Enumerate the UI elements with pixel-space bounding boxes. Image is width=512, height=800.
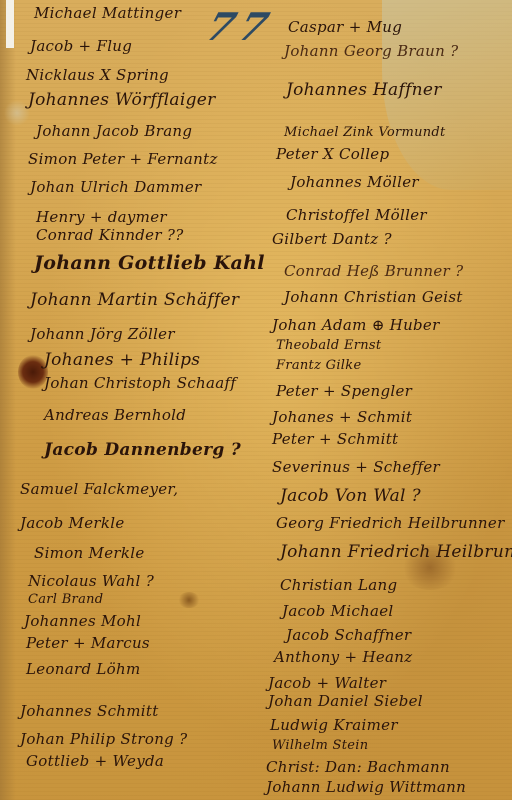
signature: Michael Zink Vormundt [284,125,446,140]
manuscript-page: 77 Michael Mattinger Jacob + Flug Nickla… [0,0,512,800]
signature: Johann Jörg Zöller [30,325,175,343]
signature: Christoffel Möller [286,206,427,224]
signature: Michael Mattinger [34,4,181,22]
signature: Severinus + Scheffer [272,458,440,476]
signature: Simon Peter + Fernantz [28,150,218,168]
signature: Johann Friedrich Heilbrun [280,542,512,562]
signature: Jacob + Flug [30,37,132,55]
signature: Frantz Gilke [276,358,361,373]
signature: Peter + Spengler [276,382,412,400]
signature: Christian Lang [280,576,397,594]
signature: Wilhelm Stein [272,738,368,753]
signature: Jacob Merkle [20,514,125,532]
signature: Johann Christian Geist [284,288,463,306]
signature: Christ: Dan: Bachmann [266,758,450,776]
signature: Jacob + Walter [268,674,386,692]
signature: Leonard Löhm [26,660,141,678]
signature: Anthony + Heanz [274,648,412,666]
signature: Johan Ulrich Dammer [30,178,201,196]
signature: Gilbert Dantz ? [272,230,392,248]
signature: Conrad Kinnder ?? [36,226,184,244]
signature: Nicklaus X Spring [26,66,169,84]
signature: Theobald Ernst [276,338,381,353]
paper-spot [4,100,30,126]
signature: Johannes Möller [290,173,419,191]
signature: Peter X Collep [276,145,389,163]
water-stain [178,592,200,608]
signature: Johann Georg Braun ? [284,42,458,60]
signature: Jacob Schaffner [286,626,411,644]
signature: Johan Philip Strong ? [20,730,187,748]
signature: Jacob Michael [282,602,394,620]
signature: Gottlieb + Weyda [26,752,164,770]
signature: Johanes + Philips [44,350,200,370]
signature: Andreas Bernhold [44,406,186,424]
signature: Georg Friedrich Heilbrunner [276,514,505,532]
signature: Jacob Dannenberg ? [44,440,241,460]
page-number: 77 [201,4,281,49]
signature: Johan Christoph Schaaff [44,374,236,392]
signature: Peter + Schmitt [272,430,398,448]
signature: Caspar + Mug [288,18,402,36]
signature: Carl Brand [28,592,103,607]
signature: Ludwig Kraimer [270,716,398,734]
signature: Johann Gottlieb Kahl [34,252,265,274]
signature: Johannes Schmitt [20,702,159,720]
signature: Henry + daymer [36,208,167,226]
signature: Johannes Wörfflaiger [28,90,216,110]
signature: Johannes Mohl [24,612,141,630]
signature: Jacob Von Wal ? [280,486,421,506]
signature: Peter + Marcus [26,634,150,652]
signature: Samuel Falckmeyer, [20,480,178,498]
signature: Nicolaus Wahl ? [28,572,154,590]
signature: Johan Adam ⊕ Huber [272,316,440,334]
signature: Johanes + Schmit [272,408,412,426]
signature: Johannes Haffner [286,80,442,100]
signature: Conrad Heß Brunner ? [284,262,463,280]
signature: Simon Merkle [34,544,145,562]
signature: Johan Daniel Siebel [268,692,423,710]
signature: Johann Jacob Brang [36,122,192,140]
page-tear [6,0,14,48]
signature: Johann Martin Schäffer [30,290,239,310]
signature: Johann Ludwig Wittmann [266,778,466,796]
